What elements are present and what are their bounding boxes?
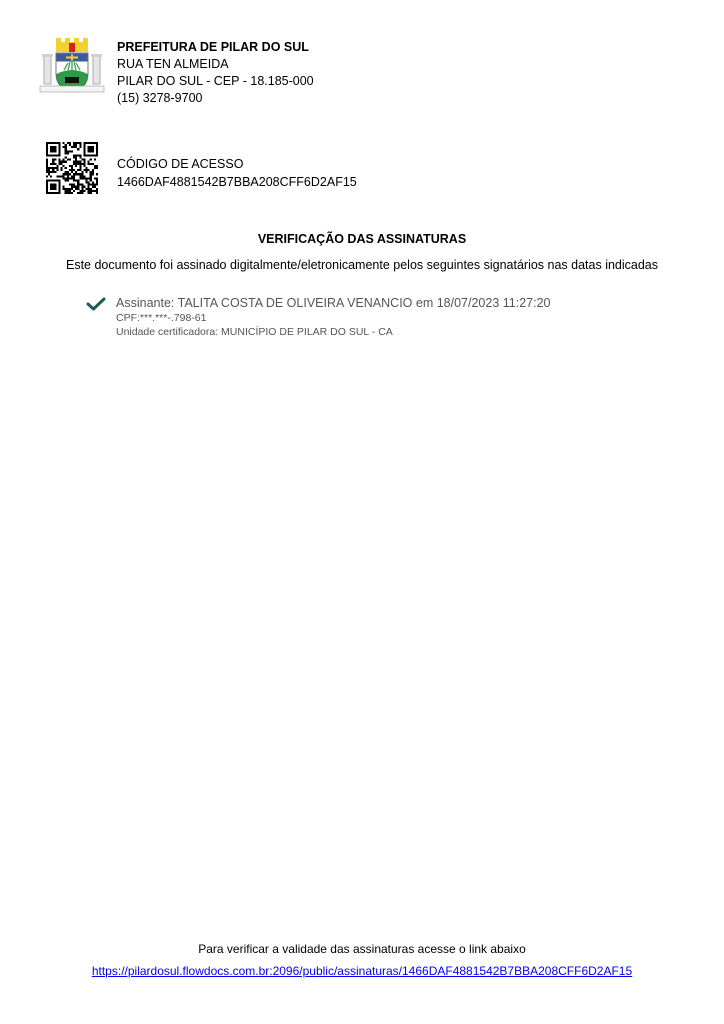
verification-title: VERIFICAÇÃO DAS ASSINATURAS (0, 232, 724, 246)
footer-instruction: Para verificar a validade das assinatura… (0, 942, 724, 956)
city-cep: PILAR DO SUL - CEP - 18.185-000 (117, 73, 314, 90)
street-address: RUA TEN ALMEIDA (117, 56, 314, 73)
checkmark-icon (86, 297, 106, 311)
phone-number: (15) 3278-9700 (117, 90, 314, 107)
verification-description: Este documento foi assinado digitalmente… (0, 258, 724, 272)
header-address-block: PREFEITURA DE PILAR DO SUL RUA TEN ALMEI… (117, 39, 314, 107)
municipal-coat-of-arms-icon (38, 36, 106, 96)
access-code-label: CÓDIGO DE ACESSO (117, 155, 357, 173)
org-name: PREFEITURA DE PILAR DO SUL (117, 39, 314, 56)
access-code-block: CÓDIGO DE ACESSO 1466DAF4881542B7BBA208C… (117, 155, 357, 191)
signer-name-date: Assinante: TALITA COSTA DE OLIVEIRA VENA… (116, 295, 550, 311)
signer-cpf: CPF:***.***-.798-61 (116, 311, 550, 325)
qr-code-icon (46, 142, 98, 194)
access-code-value: 1466DAF4881542B7BBA208CFF6D2AF15 (117, 173, 357, 191)
verification-link[interactable]: https://pilardosul.flowdocs.com.br:2096/… (0, 964, 724, 978)
signer-certifying-unit: Unidade certificadora: MUNICÍPIO DE PILA… (116, 325, 550, 339)
